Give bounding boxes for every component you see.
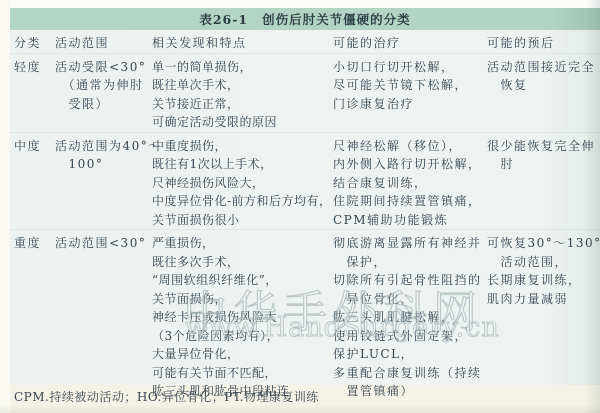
col-header-range-of-motion: 活动范围 xyxy=(55,34,152,53)
findings-cell: 中重度损伤， 既往有1次以上手术， 尺神经损伤风险大， 中度异位骨化-前方和后方… xyxy=(152,137,333,230)
table-number-label: 表26-1 xyxy=(199,10,248,28)
table-title-text: 创伤后肘关节僵硬的分类 xyxy=(262,10,411,28)
rom-cell: 活动范围<30° xyxy=(55,234,152,401)
rom-cell: 活动范围为40°～ 100° xyxy=(55,137,152,230)
classification-table: 分类 活动范围 相关发现和特点 可能的治疗 可能的预后 轻度 活动受限<30° … xyxy=(10,30,600,385)
treatment-cell: 尺神经松解（移位）， 内外侧入路行切开松解， 结合康复训练， 住院期间持续置管镇… xyxy=(333,137,487,230)
col-header-findings: 相关发现和特点 xyxy=(152,34,333,53)
page-top-margin xyxy=(0,0,600,8)
findings-cell: 严重损伤， 既往多次手术， “周围软组织纤维化”， 关节面损伤， 神经卡压或损伤… xyxy=(152,234,333,401)
table-row-severe: 重度 活动范围<30° 严重损伤， 既往多次手术， “周围软组织纤维化”， 关节… xyxy=(10,229,600,401)
table-row-mild: 轻度 活动受限<30° （通常为伸肘 受限） 单一的简单损伤， 既往单次手术， … xyxy=(10,53,600,132)
col-header-treatment: 可能的治疗 xyxy=(333,34,487,53)
prognosis-cell: 很少能恢复完全伸 肘 xyxy=(487,137,600,230)
scanned-book-page: 表26-1 创伤后肘关节僵硬的分类 分类 活动范围 相关发现和特点 可能的治疗 … xyxy=(0,0,600,413)
prognosis-cell: 活动范围接近完全 恢复 xyxy=(487,58,600,132)
treatment-cell: 彻底游离显露所有神经并 保护， 切除所有引起骨性阻挡的 异位骨化， 肱三头肌肌腱… xyxy=(333,234,487,401)
grade-cell: 中度 xyxy=(14,137,55,230)
table-title-band: 表26-1 创伤后肘关节僵硬的分类 xyxy=(10,8,600,30)
page-edge-shadow-bottom xyxy=(0,405,600,413)
col-header-prognosis: 可能的预后 xyxy=(487,34,600,53)
rom-cell: 活动受限<30° （通常为伸肘 受限） xyxy=(55,58,152,132)
grade-cell: 重度 xyxy=(14,234,55,401)
abbreviation-footnote: CPM.持续被动活动；HO.异位骨化；PT.物理康复训练 xyxy=(14,388,319,405)
grade-cell: 轻度 xyxy=(14,58,55,132)
treatment-cell: 小切口行切开松解， 尽可能关节镜下松解， 门诊康复治疗 xyxy=(333,58,487,132)
col-header-classification: 分类 xyxy=(14,34,55,53)
prognosis-cell: 可恢复30°～130° 活动范围， 长期康复训练， 肌肉力量减弱 xyxy=(487,234,600,401)
page-left-margin xyxy=(0,0,10,413)
table-row-moderate: 中度 活动范围为40°～ 100° 中重度损伤， 既往有1次以上手术， 尺神经损… xyxy=(10,132,600,230)
findings-cell: 单一的简单损伤， 既往单次手术， 关节接近正常， 可确定活动受限的原因 xyxy=(152,58,333,132)
table-header-row: 分类 活动范围 相关发现和特点 可能的治疗 可能的预后 xyxy=(10,30,600,53)
